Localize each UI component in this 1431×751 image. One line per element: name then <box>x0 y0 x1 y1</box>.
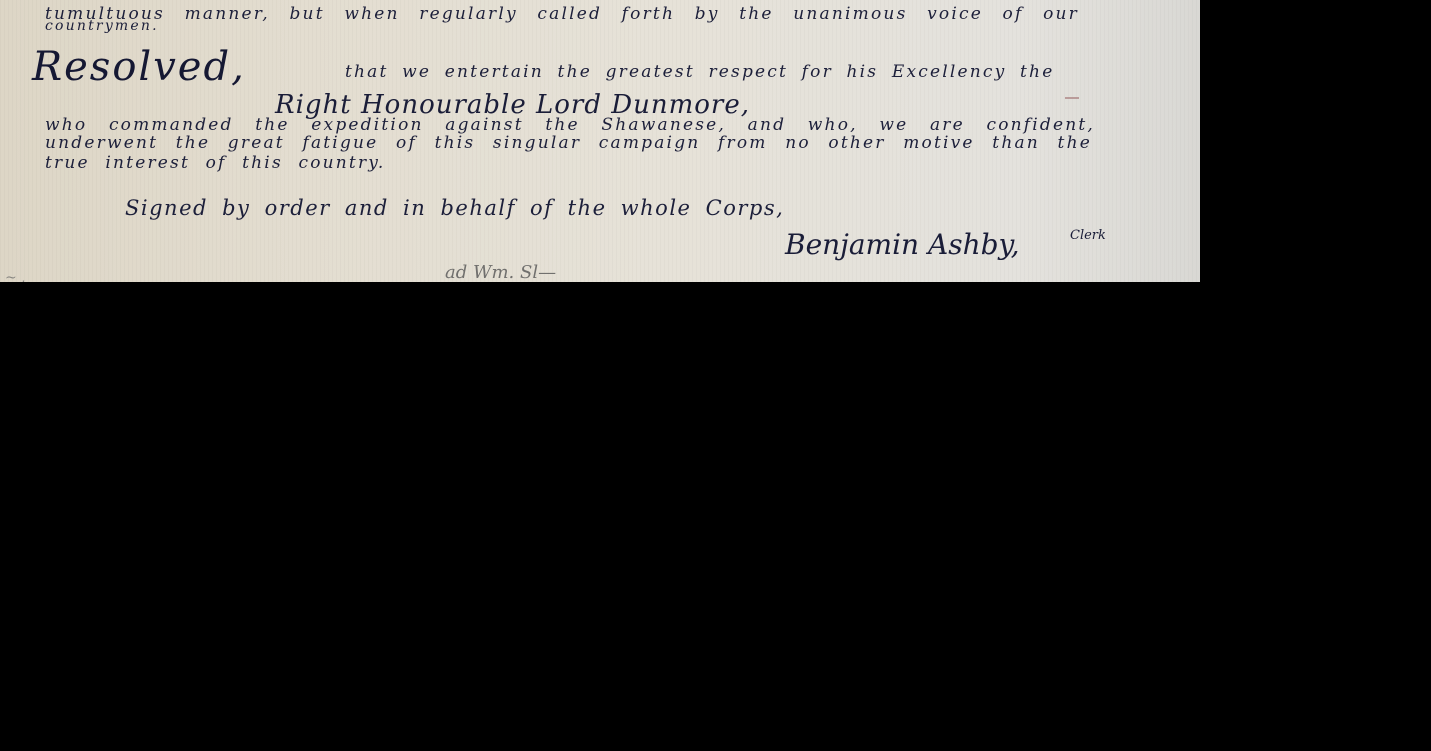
text-line-6: true interest of this country. <box>45 153 385 173</box>
signer-name: Benjamin Ashby, <box>785 228 1020 261</box>
text-line-4: who commanded the expedition against the… <box>45 115 1095 135</box>
resolved-heading: Resolved, <box>32 44 246 90</box>
ink-mark <box>1065 97 1079 99</box>
text-line-2: countrymen. <box>45 18 159 34</box>
document-page: tumultuous manner, but when regularly ca… <box>0 0 1200 282</box>
text-line-5: underwent the great fatigue of this sing… <box>45 133 1092 153</box>
margin-scrawl-left: ~ , <box>5 270 26 282</box>
text-line-1: tumultuous manner, but when regularly ca… <box>45 4 1079 24</box>
margin-scrawl: ad Wm. Sl— <box>445 262 556 282</box>
text-line-3: that we entertain the greatest respect f… <box>345 62 1054 82</box>
signed-line: Signed by order and in behalf of the who… <box>125 196 784 220</box>
signer-title: Clerk <box>1070 228 1106 243</box>
